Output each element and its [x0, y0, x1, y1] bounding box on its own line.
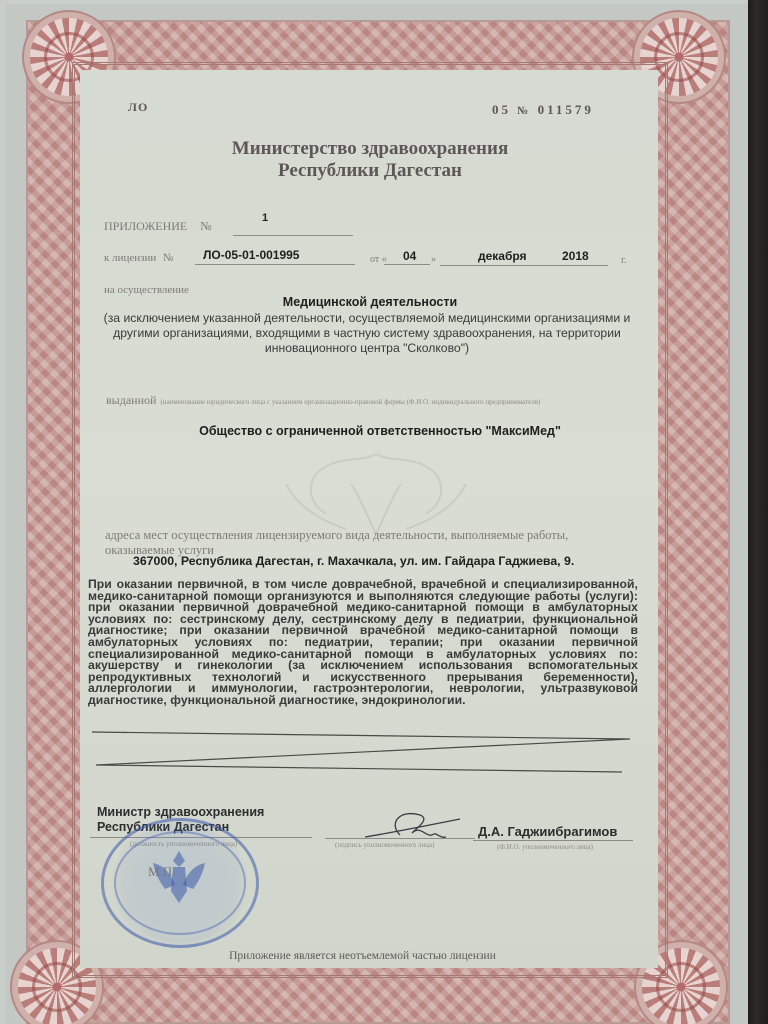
issued-to-block: выданной (наименование юридического лица… — [106, 395, 644, 407]
appendix-number-line — [233, 235, 353, 236]
table-edge — [748, 0, 768, 1024]
year-suffix: г. — [621, 255, 626, 266]
issued-hint: (наименование юридического лица с указан… — [160, 398, 540, 406]
signature-line — [325, 838, 475, 839]
address-value: 367000, Республика Дагестан, г. Махачкал… — [133, 554, 574, 568]
license-number-line — [195, 264, 355, 265]
issuer-title-line2: Республики Дагестан — [0, 160, 740, 182]
date-day: 04 — [403, 249, 416, 263]
issuer-title-line1: Министерство здравоохранения — [0, 138, 740, 160]
date-month: декабря — [478, 249, 527, 263]
date-month-year-line — [440, 265, 608, 266]
number-sign: № — [517, 105, 531, 117]
footer-note: Приложение является неотъемлемой частью … — [0, 950, 725, 962]
date-year: 2018 — [562, 249, 589, 263]
activity-note: (за исключением указанной деятельности, … — [93, 311, 641, 356]
appendix-label: ПРИЛОЖЕНИЕ № — [104, 219, 212, 234]
official-seal — [101, 818, 259, 948]
blank-number: 05 № 011579 — [492, 102, 594, 118]
activity-name: Медицинской деятельности — [0, 295, 740, 309]
blank-number-value: 011579 — [538, 102, 594, 117]
series-prefix: ЛО — [128, 100, 148, 115]
date-day-line — [384, 264, 430, 265]
licensee-name: Общество с ограниченной ответственностью… — [0, 424, 760, 438]
signer-name: Д.А. Гаджиибрагимов — [478, 824, 617, 839]
name-hint: (Ф.И.О. уполномоченного лица) — [497, 843, 593, 851]
license-label: к лицензии № — [104, 252, 174, 264]
seal-placeholder-label: М.П. — [148, 864, 175, 880]
license-label-text: к лицензии — [104, 252, 156, 264]
license-number: ЛО-05-01-001995 — [203, 248, 299, 262]
issued-label: выданной — [106, 393, 156, 407]
license-number-sign: № — [163, 252, 174, 264]
handwritten-signature-icon — [360, 805, 470, 845]
services-text: При оказании первичной, в том числе довр… — [88, 579, 638, 707]
signature-hint: (подпись уполномоченного лица) — [335, 841, 434, 849]
date-close-quote: » — [431, 254, 436, 265]
blank-area-strike-lines — [90, 728, 642, 776]
appendix-number: 1 — [262, 212, 268, 224]
name-line — [473, 840, 633, 841]
appendix-number-sign: № — [200, 219, 211, 233]
appendix-label-text: ПРИЛОЖЕНИЕ — [104, 219, 187, 233]
blank-series: 05 — [492, 102, 511, 117]
